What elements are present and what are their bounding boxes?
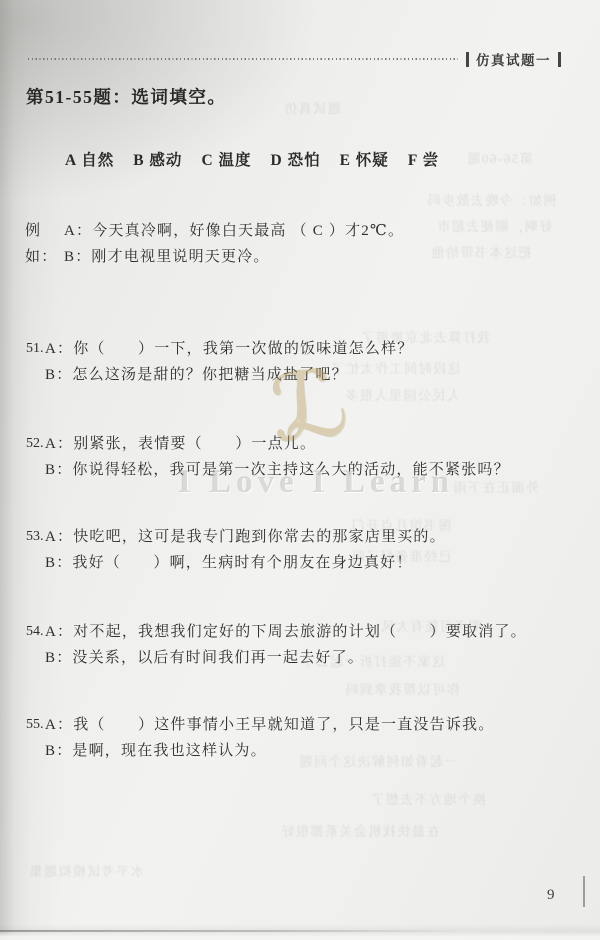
example-line-b: B：刚才电视里说明天更冷。 xyxy=(64,244,404,270)
bleedthrough-text: 把这本书带给他 xyxy=(430,242,532,261)
question-line-b: B：是啊，现在我也这样认为。 xyxy=(45,738,494,764)
question-55: 55. A：我（ ）这件事情小王早就知道了，只是一直没告诉我。 B：是啊，现在我… xyxy=(26,712,494,764)
option-e: E 怀疑 xyxy=(340,148,389,170)
option-d: D 恐怕 xyxy=(271,148,321,170)
example-line-a: A：今天真冷啊，好像白天最高 （ C ）才2℃。 xyxy=(64,218,404,244)
question-lines: A：你（ ）一下，我第一次做的饭味道怎么样？ B：怎么这汤是甜的？你把糖当成盐了… xyxy=(45,336,413,388)
question-51: 51. A：你（ ）一下，我第一次做的饭味道怎么样？ B：怎么这汤是甜的？你把糖… xyxy=(26,336,413,388)
running-head: 仿真试题一 xyxy=(459,50,568,68)
question-lines: A：我（ ）这件事情小王早就知道了，只是一直没告诉我。 B：是啊，现在我也这样认… xyxy=(45,712,494,764)
question-line-b: B：我好（ ）啊，生病时有个朋友在身边真好！ xyxy=(45,550,446,576)
section-title: 第51-55题：选词填空。 xyxy=(26,84,226,109)
option-a: A 自然 xyxy=(65,148,114,170)
page-number: 9 xyxy=(547,887,555,904)
question-lines: A：快吃吧，这可是我专门跑到你常去的那家店里买的。 B：我好（ ）啊，生病时有个… xyxy=(45,524,446,576)
option-f: F 尝 xyxy=(408,148,439,170)
question-number: 54. xyxy=(26,619,45,671)
question-line-a: A：我（ ）这件事情小王早就知道了，只是一直没告诉我。 xyxy=(45,712,494,738)
question-line-a: A：别紧张，表情要（ ）一点儿。 xyxy=(45,431,510,457)
bleedthrough-text: 在最快找机会关系都很好 xyxy=(280,821,440,840)
word-options-row: A 自然 B 感动 C 温度 D 恐怕 E 怀疑 F 尝 xyxy=(65,148,439,170)
page-bottom-shade xyxy=(0,924,600,940)
running-head-label: 仿真试题一 xyxy=(476,49,551,69)
question-line-b: B：没关系，以后有时间我们再一起去好了。 xyxy=(45,645,527,671)
question-52: 52. A：别紧张，表情要（ ）一点儿。 B：你说得轻松，我可是第一次主持这么大… xyxy=(26,431,510,483)
header-bar-left-icon xyxy=(466,52,469,67)
question-number: 51. xyxy=(26,336,45,388)
question-54: 54. A：对不起，我想我们定好的下周去旅游的计划（ ）要取消了。 B：没关系，… xyxy=(26,619,527,671)
question-line-b: B：你说得轻松，我可是第一次主持这么大的活动，能不紧张吗？ xyxy=(45,457,510,483)
question-line-a: A：快吃吧，这可是我专门跑到你常去的那家店里买的。 xyxy=(45,524,446,550)
question-lines: A：别紧张，表情要（ ）一点儿。 B：你说得轻松，我可是第一次主持这么大的活动，… xyxy=(45,431,510,483)
question-number: 53. xyxy=(26,524,45,576)
question-53: 53. A：快吃吧，这可是我专门跑到你常去的那家店里买的。 B：我好（ ）啊，生… xyxy=(26,524,446,576)
bleedthrough-text: 好啊，顺便去超市 xyxy=(436,216,552,235)
option-b: B 感动 xyxy=(133,148,182,170)
question-line-a: A：你（ ）一下，我第一次做的饭味道怎么样？ xyxy=(45,336,413,362)
bleedthrough-text: 水平考试模拟题集 xyxy=(28,861,144,880)
option-c: C 温度 xyxy=(201,148,251,170)
header-bar-right-icon xyxy=(558,52,561,67)
bleedthrough-text: 你可以帮我拿到吗 xyxy=(344,679,460,698)
bleedthrough-text: 第56-60题 xyxy=(466,148,533,167)
example-block: 例如： A：今天真冷啊，好像白天最高 （ C ）才2℃。 B：刚才电视里说明天更… xyxy=(25,218,404,270)
question-number: 52. xyxy=(26,431,45,483)
page-number-rule xyxy=(583,876,585,907)
bleedthrough-text: 换个地方不去想了 xyxy=(370,789,486,808)
header-dotted-rule xyxy=(28,58,458,60)
bleedthrough-text: 例如：今晚去散步吗 xyxy=(426,190,557,209)
example-lines: A：今天真冷啊，好像白天最高 （ C ）才2℃。 B：刚才电视里说明天更冷。 xyxy=(64,218,404,270)
bleedthrough-text: 题试真仿 xyxy=(283,98,341,117)
scanned-page: 仿真试题一 第51-55题：选词填空。 A 自然 B 感动 C 温度 D 恐怕 … xyxy=(0,0,600,940)
question-lines: A：对不起，我想我们定好的下周去旅游的计划（ ）要取消了。 B：没关系，以后有时… xyxy=(45,619,527,671)
question-number: 55. xyxy=(26,712,45,764)
example-prefix: 例如： xyxy=(25,218,64,270)
question-line-a: A：对不起，我想我们定好的下周去旅游的计划（ ）要取消了。 xyxy=(45,619,527,645)
question-line-b: B：怎么这汤是甜的？你把糖当成盐了吧？ xyxy=(45,362,413,388)
